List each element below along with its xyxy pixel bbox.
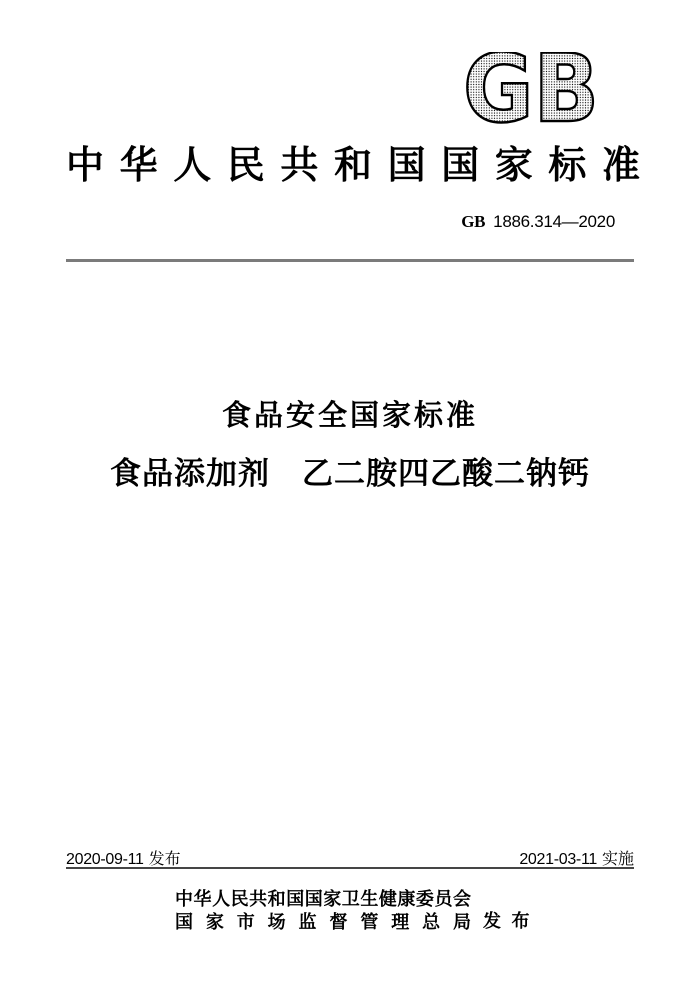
footer-rule: [66, 867, 634, 869]
publish-label: 发 布: [483, 907, 530, 933]
subtitle: 食品安全国家标准: [0, 393, 700, 434]
standard-cover-page: GB 中华人民共和国国家标准 GB1886.314—2020 食品安全国家标准 …: [0, 0, 700, 991]
dates-row: 2020-09-11发布 2021-03-11实施: [66, 846, 634, 869]
issue-date-label: 发布: [149, 851, 181, 868]
standard-code: GB1886.314—2020: [461, 212, 615, 232]
national-standard-title: 中华人民共和国国家标准: [66, 146, 640, 186]
issue-date: 2020-09-11发布: [66, 846, 181, 869]
publisher-line: 国家市场监督管理总局: [175, 911, 471, 934]
implementation-date-label: 实施: [602, 851, 634, 868]
header-rule: [66, 259, 634, 262]
gb-logo-text: GB: [463, 52, 599, 124]
gb-logo: GB: [462, 52, 600, 124]
standard-code-number: 1886.314—2020: [493, 212, 615, 231]
publisher-block: 中华人民共和国国家卫生健康委员会 国家市场监督管理总局: [175, 888, 471, 934]
publisher-line: 中华人民共和国国家卫生健康委员会: [175, 888, 471, 911]
main-title: 食品添加剂 乙二胺四乙酸二钠钙: [0, 448, 700, 493]
standard-code-prefix: GB: [461, 212, 485, 231]
issue-date-value: 2020-09-11: [66, 851, 144, 868]
implementation-date: 2021-03-11实施: [519, 846, 634, 869]
implementation-date-value: 2021-03-11: [519, 851, 597, 868]
